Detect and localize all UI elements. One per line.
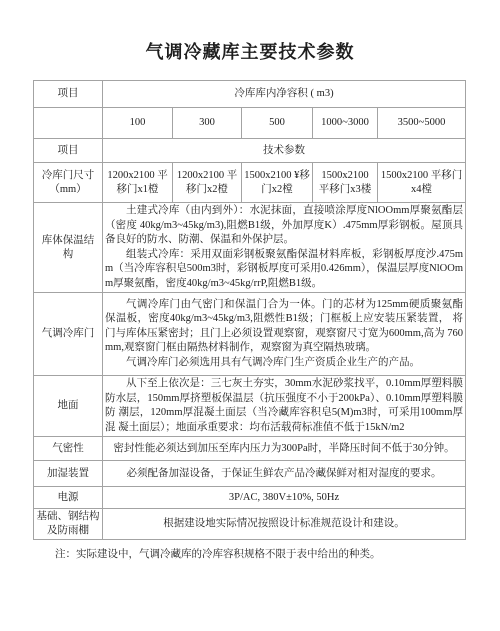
cold-door-paragraph: 气调冷库门由气密门和保温门合为一体。门的芯材为125mm硬质聚氨酯 保温板，密度… [105,298,463,356]
tech-params-header-cell: 技术参数 [103,139,466,163]
door-size-cell: 1500x2100 ¥移门x2樘 [242,163,313,203]
row-label-cold-door: 气调冷库门 [34,293,103,376]
page-title: 气调冷藏库主要技术参数 [0,38,500,64]
door-size-cell: 1500x2100 平移门x4樘 [378,163,466,203]
row-label-humidifier: 加湿装置 [34,461,103,487]
volume-value-cell: 1000~3000 [313,108,378,139]
empty-cell [34,108,103,139]
footnote: 注：实际建设中，气调冷藏库的冷库容积规格不限于表中给出的种类。 [55,548,500,562]
volume-value-cell: 100 [103,108,173,139]
airtightness-content-cell: 密封性能必须达到加压至库内压力为300Pa时，半降压时间不低于30分钟。 [103,437,466,461]
table-row: 项目 冷库库内净容积 ( m3) [34,81,466,108]
table-row: 100 300 500 1000~3000 3500~5000 [34,108,466,139]
door-size-cell: 1500x2100 平移门x3楼 [313,163,378,203]
row-label-foundation: 基础、钢结构及防雨棚 [34,509,103,540]
floor-paragraph: 从下至上依次是：三七灰土夯实，30mm水泥砂浆找平，0.10mm厚塑料膜 防水层… [105,377,463,435]
row-label-floor: 地面 [34,376,103,437]
row-label-door-size: 冷库门尺寸（mm） [34,163,103,203]
table-row: 气调冷库门 气调冷库门由气密门和保温门合为一体。门的芯材为125mm硬质聚氨酯 … [34,293,466,376]
table-row: 基础、钢结构及防雨棚 根据建设地实际情况按照设计标准规范设计和建设。 [34,509,466,540]
volume-value-cell: 300 [173,108,242,139]
volume-value-cell: 3500~5000 [378,108,466,139]
row-label-item: 项目 [34,139,103,163]
cold-door-paragraph: 气调冷库门必须选用具有气调冷库门生产资质企业生产的产品。 [105,356,463,371]
row-label-airtightness: 气密性 [34,437,103,461]
table-row: 气密性 密封性能必须达到加压至库内压力为300Pa时，半降压时间不低于30分钟。 [34,437,466,461]
volume-value-cell: 500 [242,108,313,139]
document-page: 气调冷藏库主要技术参数 项目 冷库库内净容积 ( m3) 100 300 500… [0,0,500,631]
volume-header-cell: 冷库库内净容积 ( m3) [103,81,466,108]
row-label-item: 项目 [34,81,103,108]
insulation-paragraph: 组装式冷库：采用双面彩钢板聚氨酯保温材料库板，彩钢板厚度沙.475mm（当冷库容… [105,248,463,292]
table-row: 项目 技术参数 [34,139,466,163]
cold-door-content-cell: 气调冷库门由气密门和保温门合为一体。门的芯材为125mm硬质聚氨酯 保温板，密度… [103,293,466,376]
door-size-cell: 1200x2100 平移门x1橙 [103,163,173,203]
power-content-cell: 3P/AC, 380V±10%, 50Hz [103,487,466,509]
floor-content-cell: 从下至上依次是：三七灰土夯实，30mm水泥砂浆找平，0.10mm厚塑料膜 防水层… [103,376,466,437]
table-row: 冷库门尺寸（mm） 1200x2100 平移门x1橙 1200x2100 平移门… [34,163,466,203]
row-label-insulation: 库体保温结 构 [34,203,103,293]
table-row: 电源 3P/AC, 380V±10%, 50Hz [34,487,466,509]
table-row: 地面 从下至上依次是：三七灰土夯实，30mm水泥砂浆找平，0.10mm厚塑料膜 … [34,376,466,437]
insulation-content-cell: 土建式冷库（由内到外）：水泥抹面，直接喷涂厚度NlOOmm厚聚氨酯层（密度 40… [103,203,466,293]
table-row: 库体保温结 构 土建式冷库（由内到外）：水泥抹面，直接喷涂厚度NlOOmm厚聚氨… [34,203,466,293]
table-row: 加湿装置 必须配备加湿设备，于保证生鲜农产品冷藏保鲜对相对湿度的要求。 [34,461,466,487]
foundation-content-cell: 根据建设地实际情况按照设计标准规范设计和建设。 [103,509,466,540]
row-label-power: 电源 [34,487,103,509]
door-size-cell: 1200x2100 平移门x2橙 [173,163,242,203]
humidifier-content-cell: 必须配备加湿设备，于保证生鲜农产品冷藏保鲜对相对湿度的要求。 [103,461,466,487]
insulation-paragraph: 土建式冷库（由内到外）：水泥抹面，直接喷涂厚度NlOOmm厚聚氨酯层（密度 40… [105,204,463,248]
spec-table: 项目 冷库库内净容积 ( m3) 100 300 500 1000~3000 3… [33,80,466,540]
